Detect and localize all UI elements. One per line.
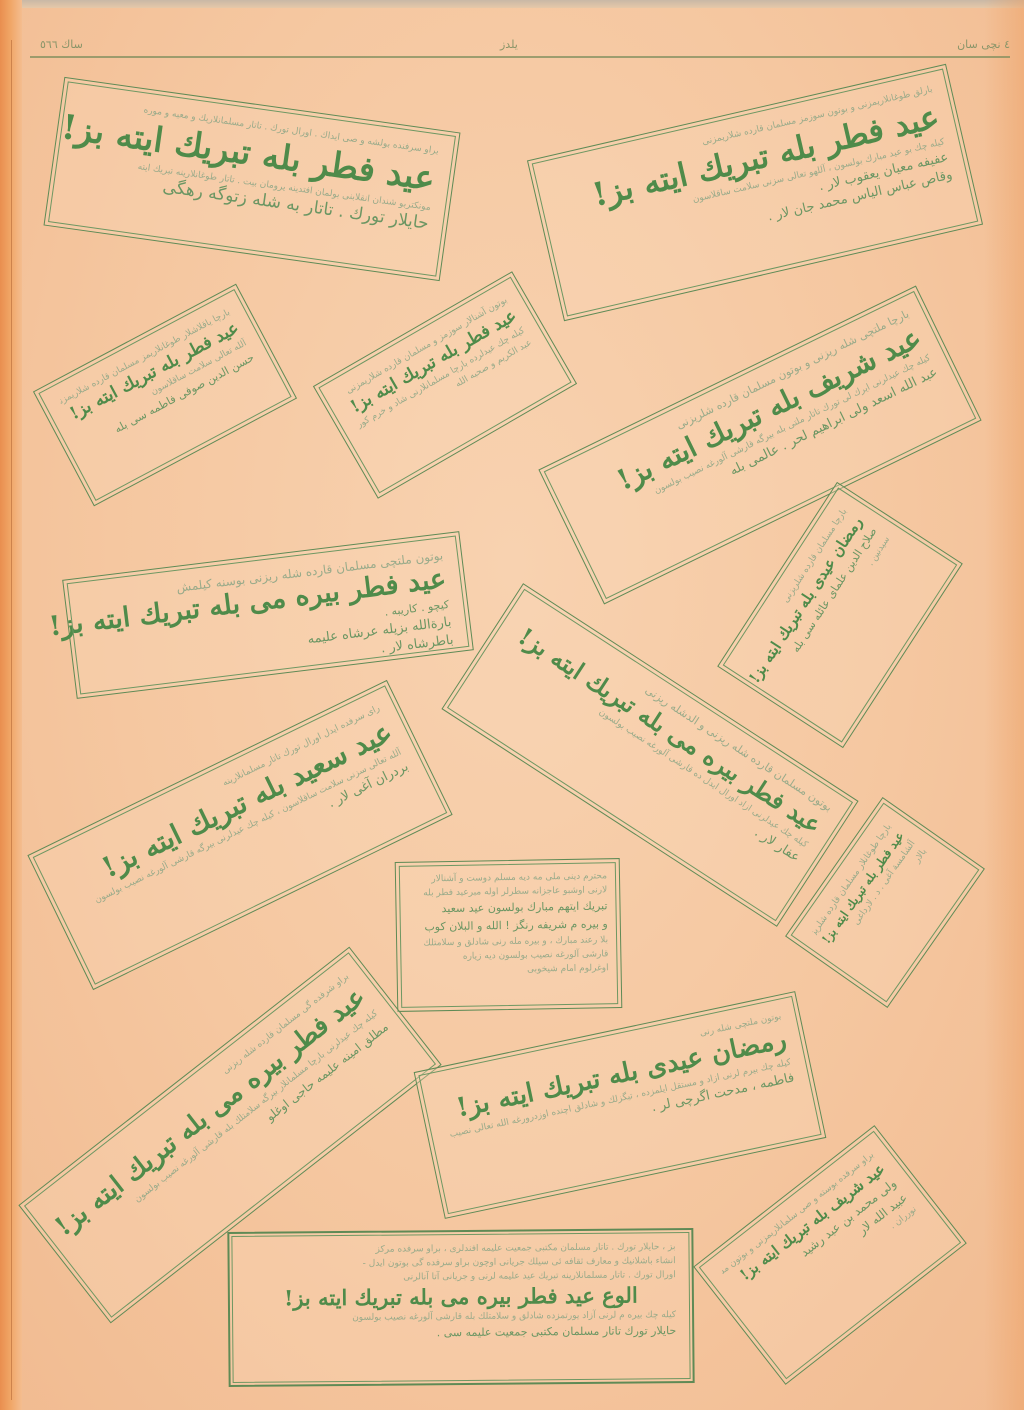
greeting-ad-2: بارلق طوغانلاريمزنى و بوتون سوزمز مسلمان… [527, 64, 983, 322]
greeting-ad-6: بوتون ملتچى مسلمان قارده شله ريزنى بوسنه… [62, 531, 474, 699]
greeting-ad-15: بز ، حايلار تورك . تاتار مسلمان مكتبى جم… [227, 1228, 694, 1387]
binding-line [11, 40, 12, 1400]
ad-headline: عيد فطر بيره مى بله تبريك ايته بز! [51, 981, 372, 1242]
page-edge-shade [984, 0, 1024, 1410]
page-header: ساك ٥٦٦ يلدز ٤ نچی سان [30, 38, 1010, 58]
ad-line: اوغرلوم امام شيخوبى [410, 961, 609, 978]
header-rule [30, 56, 1010, 58]
newspaper-page: ساك ٥٦٦ يلدز ٤ نچی سان براو سرفنده بولشه… [0, 0, 1024, 1410]
ad-body: كيله چك عيدلرنى بارچا مسلمانلار بيرگه سل… [71, 1007, 381, 1253]
greeting-ad-4: بوتون آشنالار سوزمز و مسلمان قارده شلاري… [313, 271, 577, 499]
ad-headline: الوع عيد فطر بيره مى بله تبريك ايته بز! [246, 1282, 676, 1312]
publication-title: يلدز [500, 38, 518, 51]
ad-signature: حايلار تورك تاتار مسلمان مكتبى جمعيت علي… [246, 1322, 676, 1344]
greeting-ad-9: راى سرفده ايدل اورال تورك تاتار مسلمانلا… [27, 680, 452, 990]
greeting-ad-13: بوتون ملتچى شله رنى رمضان عيدى بله تبريك… [414, 991, 827, 1219]
greeting-ad-1: براو سرفنده بولشه و صی ايداك . اورال تور… [44, 77, 461, 281]
greeting-ad-10: محترم دينى ملى مه ديه مسلم دوست و آشنالا… [395, 858, 623, 1012]
issue-date: ٤ نچی سان [957, 38, 1010, 51]
ad-headline: عيد شريف بله تبريك ايته بز! [568, 320, 927, 519]
ad-headline: عيد سعيد بله تبريك ايته بز! [57, 714, 398, 904]
page-top-edge [0, 0, 1024, 8]
page-number: ساك ٥٦٦ [40, 38, 83, 51]
greeting-ad-14: براو سرفده بوسته و صى سلمانلاريمزنى و بو… [693, 1125, 967, 1385]
greeting-ad-3: بارچا ياقلاشلار طوغانلاريمز مسلمان قارده… [33, 284, 297, 507]
